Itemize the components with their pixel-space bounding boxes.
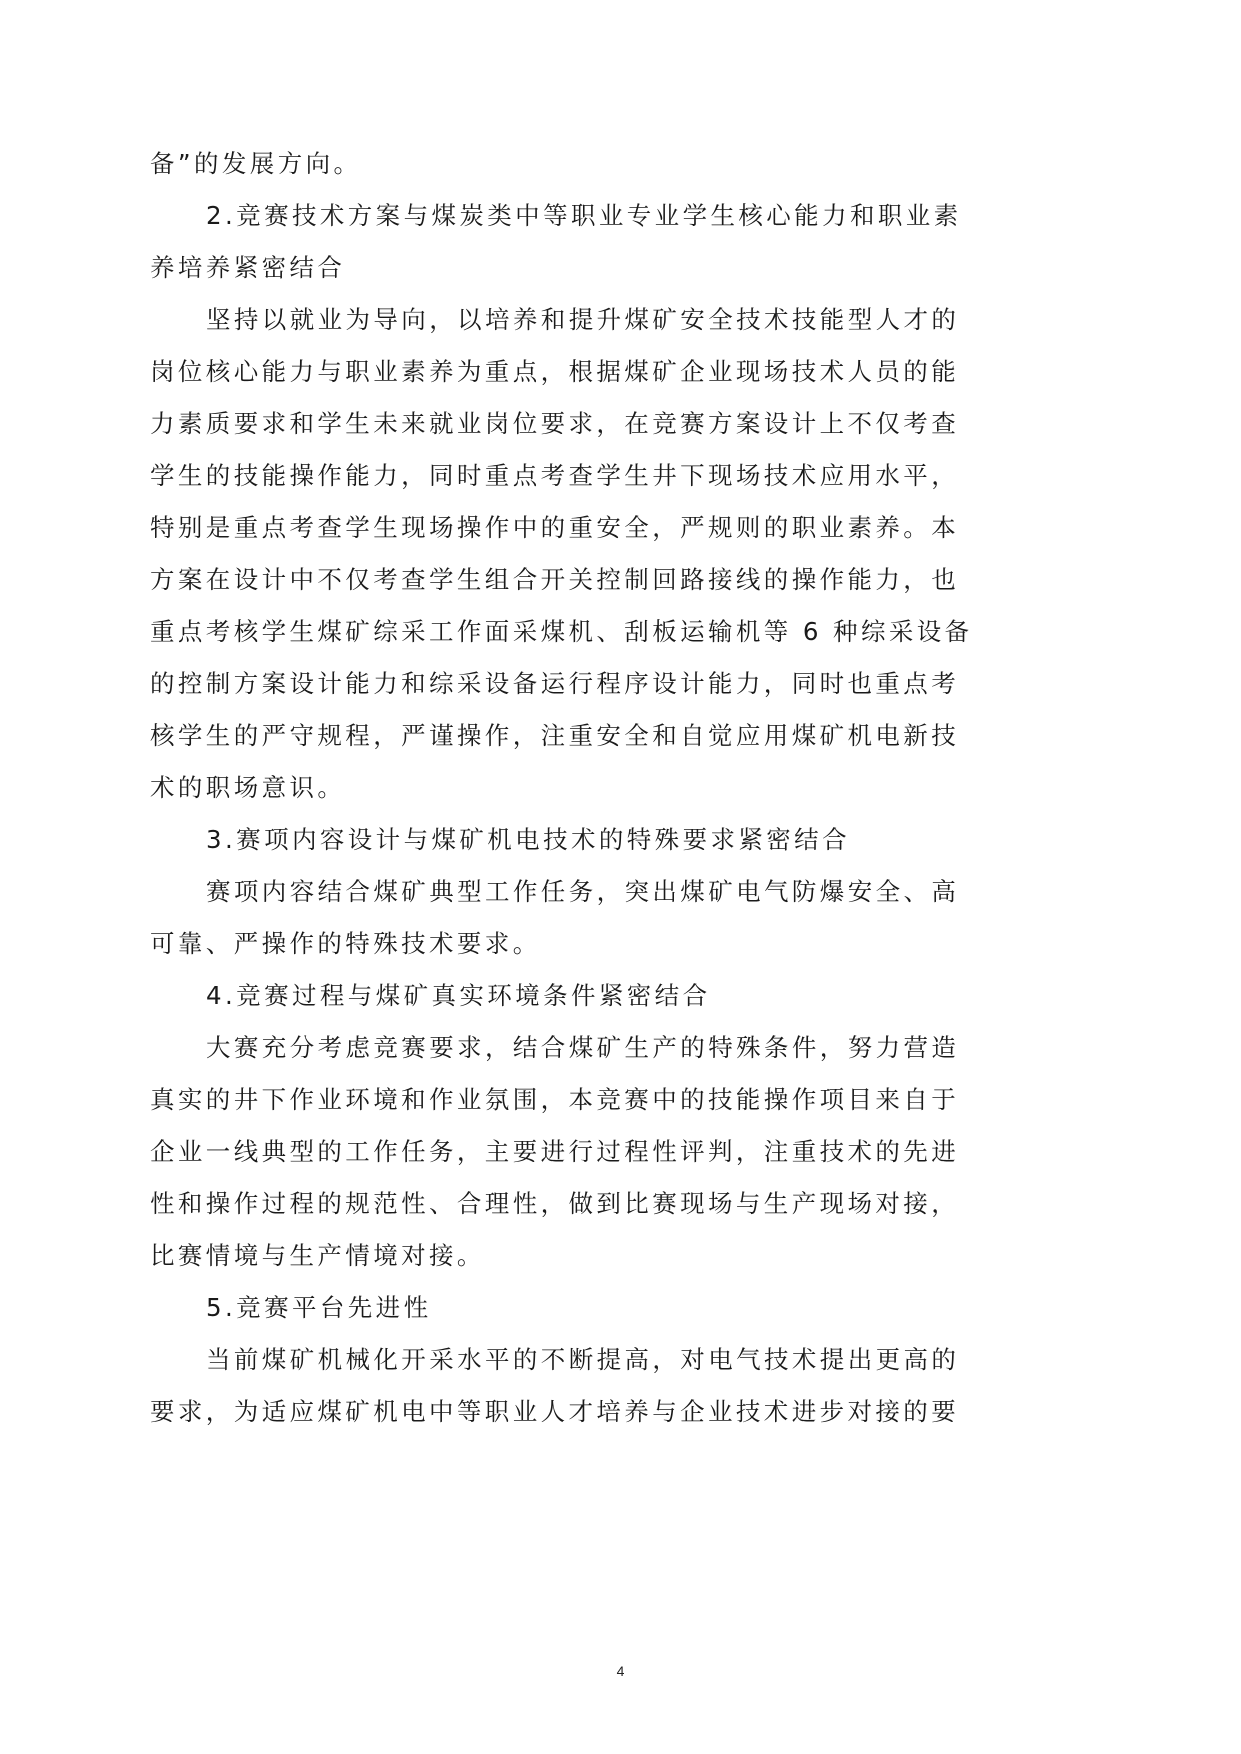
text-line: 真实的井下作业环境和作业氛围，本竞赛中的技能操作项目来自于 (150, 1080, 960, 1120)
section-heading-5: 5.竞赛平台先进性 (206, 1288, 1016, 1328)
section-heading-3: 3.赛项内容设计与煤矿机电技术的特殊要求紧密结合 (206, 820, 1016, 860)
text-line: 核学生的严守规程，严谨操作，注重安全和自觉应用煤矿机电新技 (150, 716, 960, 756)
text-line: 的控制方案设计能力和综采设备运行程序设计能力，同时也重点考 (150, 664, 960, 704)
text-line: 坚持以就业为导向，以培养和提升煤矿安全技术技能型人才的 (206, 300, 1016, 340)
text-line: 赛项内容结合煤矿典型工作任务，突出煤矿电气防爆安全、高 (206, 872, 1016, 912)
text-line: 大赛充分考虑竞赛要求，结合煤矿生产的特殊条件，努力营造 (206, 1028, 1016, 1068)
document-page: 备”的发展方向。 2.竞赛技术方案与煤炭类中等职业专业学生核心能力和职业素 养培… (0, 0, 1241, 1754)
section-heading-4: 4.竞赛过程与煤矿真实环境条件紧密结合 (206, 976, 1016, 1016)
text-line: 企业一线典型的工作任务，主要进行过程性评判，注重技术的先进 (150, 1132, 960, 1172)
text-line: 岗位核心能力与职业素养为重点，根据煤矿企业现场技术人员的能 (150, 352, 960, 392)
text-line: 性和操作过程的规范性、合理性，做到比赛现场与生产现场对接， (150, 1184, 960, 1224)
text-line: 当前煤矿机械化开采水平的不断提高，对电气技术提出更高的 (206, 1340, 1016, 1380)
text-line: 备”的发展方向。 (150, 144, 960, 184)
text-line: 特别是重点考查学生现场操作中的重安全，严规则的职业素养。本 (150, 508, 960, 548)
text-line: 比赛情境与生产情境对接。 (150, 1236, 960, 1276)
text-line: 力素质要求和学生未来就业岗位要求，在竞赛方案设计上不仅考查 (150, 404, 960, 444)
text-line: 重点考核学生煤矿综采工作面采煤机、刮板运输机等 6 种综采设备 (150, 612, 960, 652)
section-heading-2-cont: 养培养紧密结合 (150, 248, 960, 288)
text-line: 方案在设计中不仅考查学生组合开关控制回路接线的操作能力，也 (150, 560, 960, 600)
text-line: 可靠、严操作的特殊技术要求。 (150, 924, 960, 964)
section-heading-2: 2.竞赛技术方案与煤炭类中等职业专业学生核心能力和职业素 (206, 196, 1016, 236)
text-line: 学生的技能操作能力，同时重点考查学生井下现场技术应用水平， (150, 456, 960, 496)
page-number: 4 (0, 1663, 1241, 1679)
text-line: 要求，为适应煤矿机电中等职业人才培养与企业技术进步对接的要 (150, 1392, 960, 1432)
text-line: 术的职场意识。 (150, 768, 960, 808)
